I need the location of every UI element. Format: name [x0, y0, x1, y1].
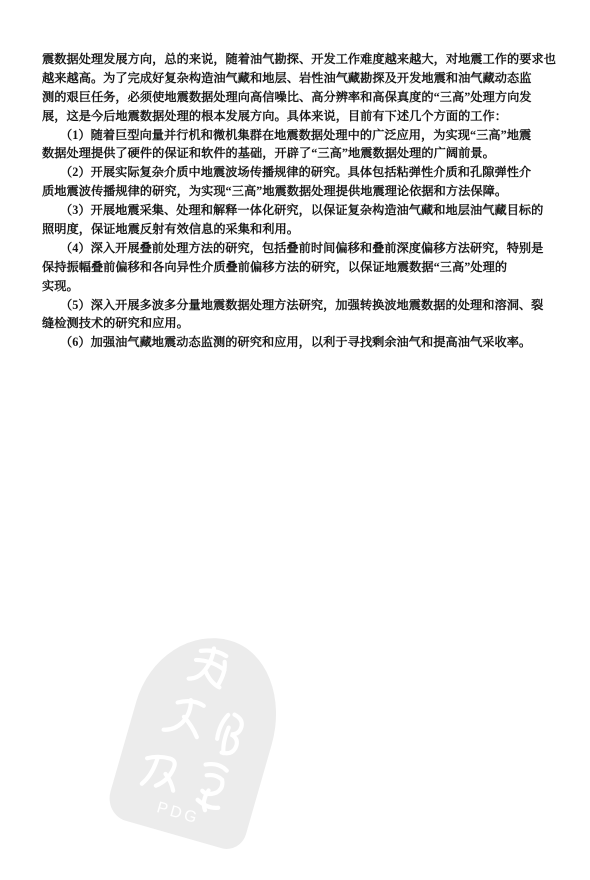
text-line: （3）开展地震采集、处理和解释一体化研究，以保证复杂构造油气藏和地层油气藏目标的: [42, 201, 552, 220]
text-line: （6）加强油气藏地震动态监测的研究和应用，以利于寻找剩余油气和提高油气采收率。: [42, 333, 552, 352]
text-line: 数据处理提供了硬件的保证和软件的基础，开辟了“三高”地震数据处理的广阔前景。: [42, 144, 552, 163]
text-line: 实现。: [42, 277, 552, 296]
pdg-watermark-stamp: PDG: [104, 620, 296, 853]
text-line: （5）深入开展多波多分量地震数据处理方法研究，加强转换波地震数据的处理和溶洞、裂: [42, 296, 552, 315]
text-block: 震数据处理发展方向，总的来说，随着油气勘探、开发工作难度越来越大，对地震工作的要…: [42, 50, 552, 352]
text-line: （2）开展实际复杂介质中地震波场传播规律的研究。具体包括粘弹性介质和孔隙弹性介: [42, 163, 552, 182]
seal-glyph: [193, 762, 229, 814]
seal-glyph: [189, 644, 230, 687]
text-line: （1）随着巨型向量并行机和微机集群在地震数据处理中的广泛应用，为实现“三高”地震: [42, 126, 552, 145]
text-line: 照明度，保证地震反射有效信息的采集和利用。: [42, 220, 552, 239]
text-line: 震数据处理发展方向，总的来说，随着油气勘探、开发工作难度越来越大，对地震工作的要…: [42, 50, 552, 69]
text-line: 保持振幅叠前偏移和各向异性介质叠前偏移方法的研究，以保证地震数据“三高”处理的: [42, 258, 552, 277]
text-line: 质地震波传播规律的研究，为实现“三高”地震数据处理提供地震理论依据和方法保障。: [42, 182, 552, 201]
document-page: 震数据处理发展方向，总的来说，随着油气勘探、开发工作难度越来越大，对地震工作的要…: [0, 0, 590, 880]
text-line: （4）深入开展叠前处理方法的研究，包括叠前时间偏移和叠前深度偏移方法研究，特别是: [42, 239, 552, 258]
text-line: 缝检测技术的研究和应用。: [42, 314, 552, 333]
text-line: 展，这是今后地震数据处理的根本发展方向。具体来说，目前有下述几个方面的工作：: [42, 107, 552, 126]
seal-glyph: [164, 695, 207, 739]
text-line: 测的艰巨任务，必须使地震数据处理向高信噪比、高分辨率和高保真度的“三高”处理方向…: [42, 88, 552, 107]
seal-glyph: [140, 752, 182, 792]
seal-glyph: [213, 712, 244, 756]
text-line: 越来越高。为了完成好复杂构造油气藏和地层、岩性油气藏勘探及开发地震和油气藏动态监: [42, 69, 552, 88]
